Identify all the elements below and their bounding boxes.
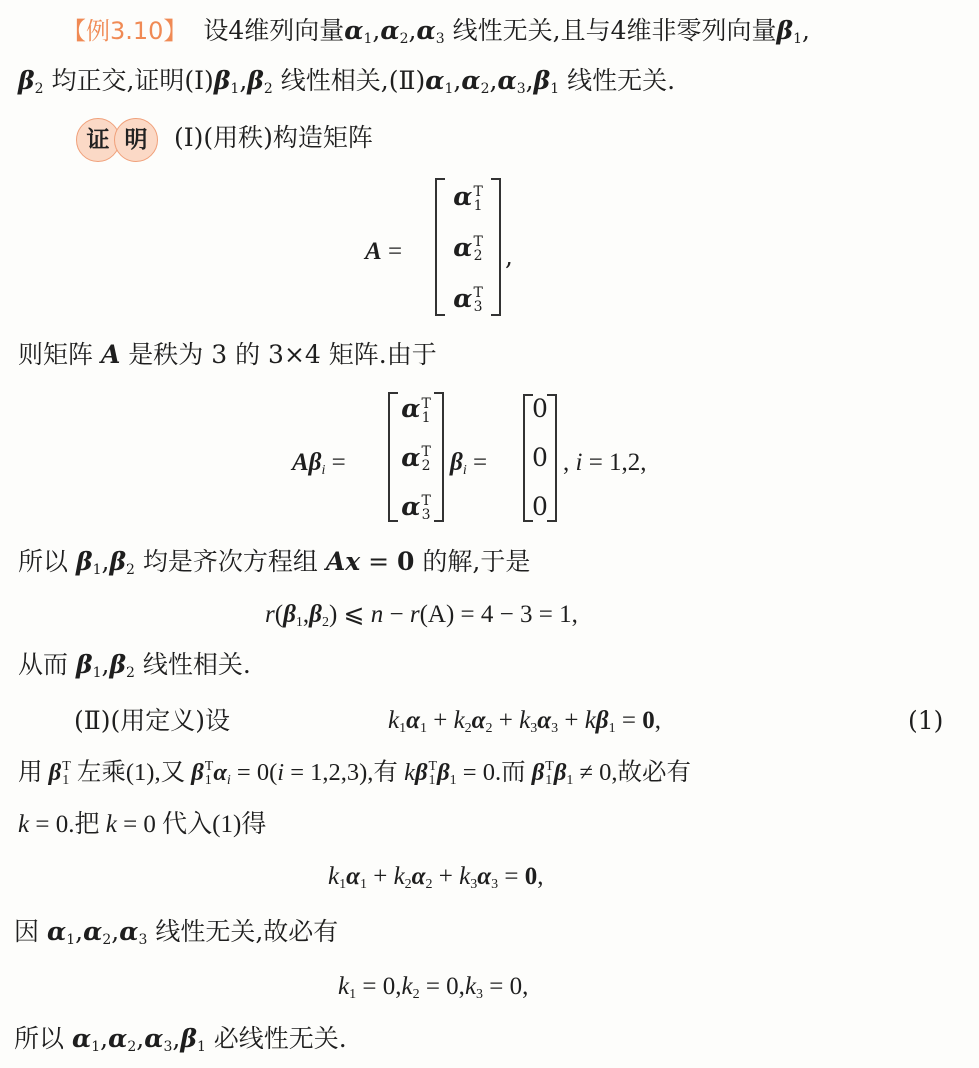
product-eq-trail: , i = 1,2, bbox=[563, 446, 647, 480]
equation-1-tag: (1) bbox=[908, 704, 943, 738]
final-conclusion: 所以 α1,α2,α3,β1 必线性无关. bbox=[14, 1022, 347, 1064]
product-eq-mid: βi = bbox=[450, 446, 487, 488]
product-eq-lhs: Aβi = bbox=[292, 446, 346, 488]
example-statement-line1: 【例3.10】 设4维列向量α1,α2,α3 线性无关,且与4维非零列向量β1, bbox=[62, 14, 810, 56]
left-multiply-line: 用 βT1 左乘(1),又 βT1αi = 0(i = 1,2,3),有 kβT… bbox=[18, 756, 691, 798]
solution-statement: 所以 β1,β2 均是齐次方程组 Ax = 0 的解,于是 bbox=[18, 545, 530, 587]
matrix-a-lhs: A = bbox=[365, 235, 402, 269]
rank-statement: 则矩阵 A 是秩为 3 的 3×4 矩阵.由于 bbox=[18, 338, 437, 372]
proof-badge-char-2: 明 bbox=[114, 118, 158, 162]
part1-conclusion: 从而 β1,β2 线性相关. bbox=[18, 648, 251, 690]
proof-header: 证 明 (Ⅰ)(用秩)构造矩阵 bbox=[76, 116, 373, 162]
independence-line: 因 α1,α2,α3 线性无关,故必有 bbox=[14, 915, 338, 957]
rank-inequality: r(β1,β2) ⩽ n − r(A) = 4 − 3 = 1, bbox=[265, 598, 578, 640]
equation-2: k1α1 + k2α2 + k3α3 = 0, bbox=[328, 860, 543, 902]
part2-intro: (Ⅱ)(用定义)设 bbox=[74, 704, 230, 738]
matrix-a-trail: , bbox=[505, 240, 513, 274]
equation-3: k1 = 0,k2 = 0,k3 = 0, bbox=[338, 970, 528, 1012]
example-statement-line2: β2 均正交,证明(Ⅰ)β1,β2 线性相关,(Ⅱ)α1,α2,α3,β1 线性… bbox=[18, 64, 675, 106]
statement-text-1: 设4维列向量α1,α2,α3 线性无关,且与4维非零列向量β1, bbox=[195, 16, 810, 45]
proof-badge: 证 明 bbox=[76, 118, 152, 162]
equation-1: k1α1 + k2α2 + k3α3 + kβ1 = 0, bbox=[388, 704, 661, 746]
matrix-a: αT1 αT2 αT3 bbox=[435, 178, 501, 316]
part1-intro: (Ⅰ)(用秩)构造矩阵 bbox=[174, 123, 373, 152]
example-label: 【例3.10】 bbox=[62, 17, 187, 45]
product-eq-matrix: αT1 αT2 αT3 bbox=[388, 392, 444, 522]
k-zero-line: k = 0.把 k = 0 代入(1)得 bbox=[18, 808, 266, 842]
zero-vector: 0 0 0 bbox=[523, 394, 557, 522]
